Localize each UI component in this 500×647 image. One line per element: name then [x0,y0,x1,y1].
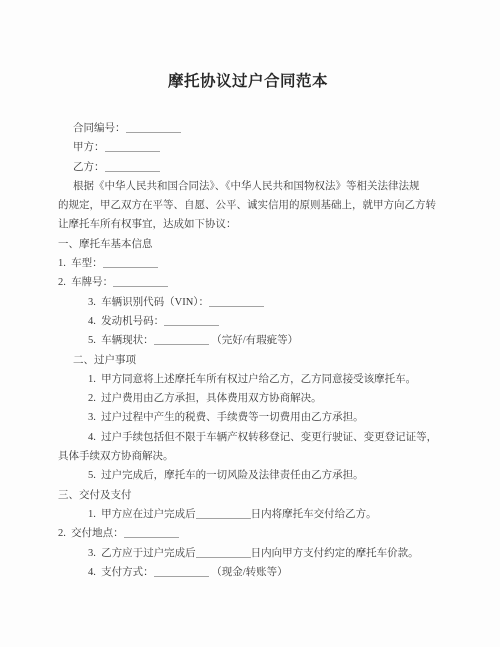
contract-line: 三、交付及支付 [56,486,440,505]
line-text: 3. 车辆识别代码（VIN）： [88,297,209,308]
line-text: 乙方： [73,162,105,173]
document-page: 摩托协议过户合同范本 合同编号：甲方：乙方：根据《中华人民共和国合同法》、《中华… [0,0,500,647]
contract-line: 二、过户事项 [56,351,440,370]
contract-line: 1. 车型： [56,254,440,273]
contract-line: 2. 车牌号： [56,273,440,292]
contract-line: 乙方： [56,158,440,177]
blank-underline [154,333,209,345]
blank-underline [105,160,160,172]
line-text: 的规定，甲乙双方在平等、自愿、公平、诚实信用的原则基础上，就甲方向乙方转 [58,200,436,211]
line-text: 日内向甲方支付约定的摩托车价款。 [251,548,419,559]
contract-line: 的规定，甲乙双方在平等、自愿、公平、诚实信用的原则基础上，就甲方向乙方转 [56,196,440,215]
contract-line: 甲方： [56,138,440,157]
contract-line: 4. 支付方式： （现金/转账等） [56,563,440,582]
contract-line: 一、摩托车基本信息 [56,235,440,254]
line-text: 2. 交付地点： [58,528,124,539]
line-text: 2. 过户费用由乙方承担，具体费用双方协商解决。 [88,393,322,404]
contract-line: 3. 过户过程中产生的税费、手续费等一切费用由乙方承担。 [56,408,440,427]
blank-underline [196,546,251,558]
blank-underline [124,526,179,538]
document-title: 摩托协议过户合同范本 [56,72,440,92]
contract-document: 摩托协议过户合同范本 合同编号：甲方：乙方：根据《中华人民共和国合同法》、《中华… [56,72,440,582]
line-text: 3. 乙方应于过户完成后 [88,548,196,559]
contract-line: 4. 过户手续包括但不限于车辆产权转移登记、变更行驶证、变更登记证等， [56,428,440,447]
line-text: 根据《中华人民共和国合同法》、《中华人民共和国物权法》等相关法律法规 [73,181,420,192]
line-text: （现金/转账等） [209,567,288,578]
contract-line: 1. 甲方同意将上述摩托车所有权过户给乙方，乙方同意接受该摩托车。 [56,370,440,389]
line-text: 3. 过户过程中产生的税费、手续费等一切费用由乙方承担。 [88,412,364,423]
line-text: 5. 车辆现状： [88,335,154,346]
line-text: 一、摩托车基本信息 [58,239,153,250]
contract-line: 2. 交付地点： [56,524,440,543]
line-text: 4. 支付方式： [88,567,154,578]
blank-underline [196,507,251,519]
line-text: 日内将摩托车交付给乙方。 [251,509,377,520]
contract-line: 4. 发动机号码： [56,312,440,331]
blank-underline [103,256,158,268]
line-text: 合同编号： [73,123,126,134]
line-text: 2. 车牌号： [58,277,113,288]
contract-line: 根据《中华人民共和国合同法》、《中华人民共和国物权法》等相关法律法规 [56,177,440,196]
blank-underline [164,314,219,326]
line-text: 4. 发动机号码： [88,316,164,327]
contract-line: 3. 乙方应于过户完成后日内向甲方支付约定的摩托车价款。 [56,544,440,563]
line-text: 甲方： [73,142,105,153]
line-text: 让摩托车所有权事宜，达成如下协议： [58,219,237,230]
contract-line: 5. 过户完成后，摩托车的一切风险及法律责任由乙方承担。 [56,466,440,485]
line-text: （完好/有瑕疵等） [209,335,299,346]
blank-underline [126,121,181,133]
contract-line: 3. 车辆识别代码（VIN）： [56,293,440,312]
blank-underline [105,140,160,152]
line-text: 5. 过户完成后，摩托车的一切风险及法律责任由乙方承担。 [88,470,364,481]
line-text: 4. 过户手续包括但不限于车辆产权转移登记、变更行驶证、变更登记证等， [88,432,437,443]
blank-underline [209,295,264,307]
line-text: 二、过户事项 [73,355,136,366]
line-text: 三、交付及支付 [58,490,132,501]
blank-underline [154,565,209,577]
line-text: 1. 甲方应在过户完成后 [88,509,196,520]
contract-line: 让摩托车所有权事宜，达成如下协议： [56,215,440,234]
contract-line: 5. 车辆现状： （完好/有瑕疵等） [56,331,440,350]
line-text: 1. 甲方同意将上述摩托车所有权过户给乙方，乙方同意接受该摩托车。 [88,374,416,385]
document-body: 合同编号：甲方：乙方：根据《中华人民共和国合同法》、《中华人民共和国物权法》等相… [56,119,440,582]
line-text: 1. 车型： [58,258,103,269]
blank-underline [113,275,168,287]
contract-line: 1. 甲方应在过户完成后日内将摩托车交付给乙方。 [56,505,440,524]
contract-line: 具体手续双方协商解决。 [56,447,440,466]
line-text: 具体手续双方协商解决。 [58,451,174,462]
contract-line: 合同编号： [56,119,440,138]
contract-line: 2. 过户费用由乙方承担，具体费用双方协商解决。 [56,389,440,408]
